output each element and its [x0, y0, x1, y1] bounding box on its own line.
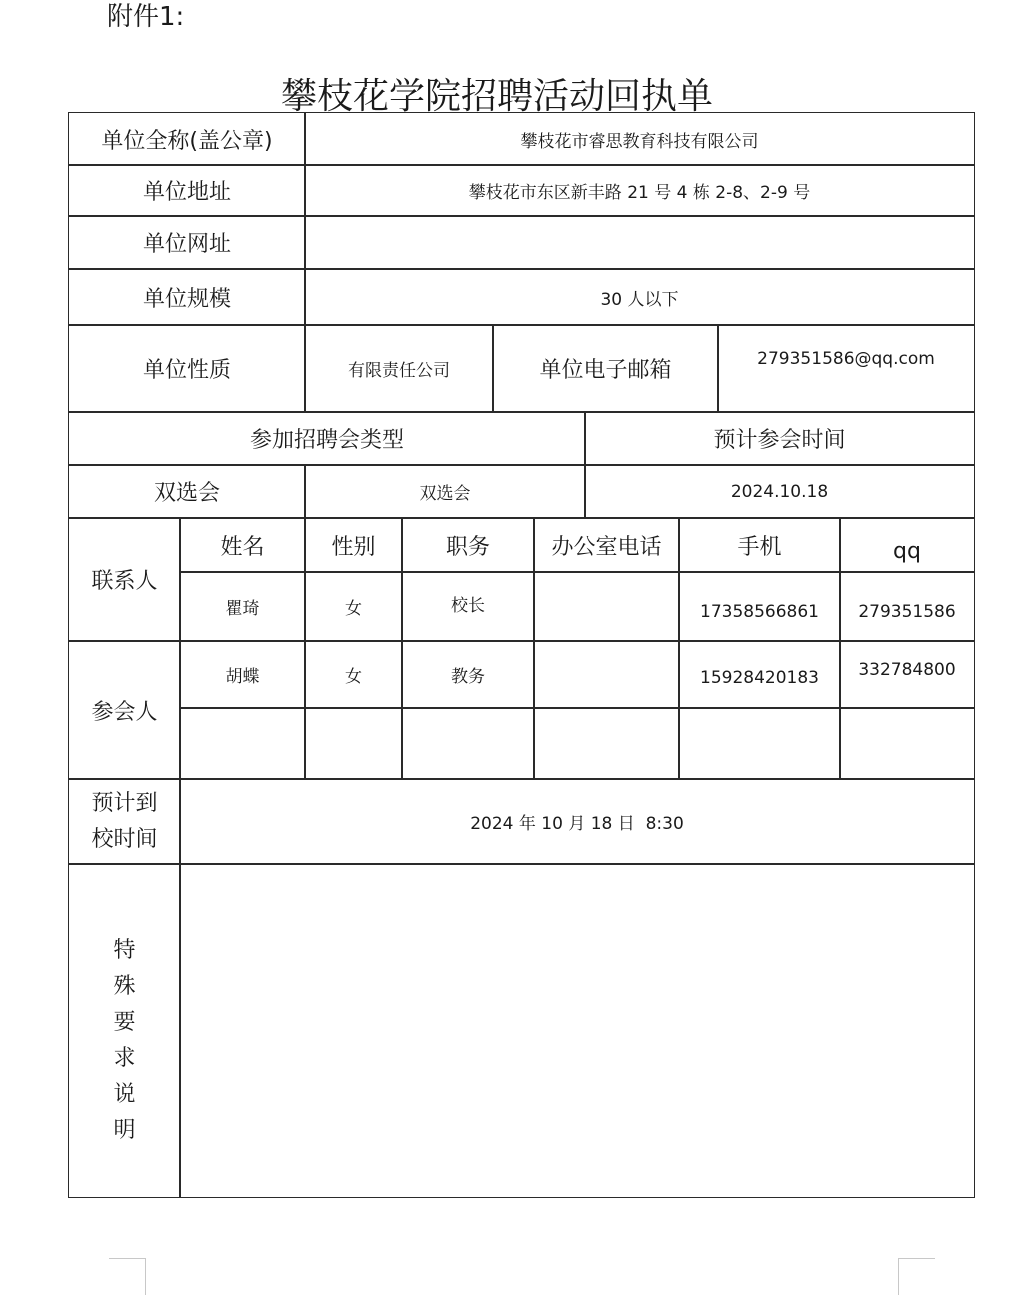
col-header-gender: 性别 [304, 517, 403, 573]
arrival-label-line2: 校时间 [91, 822, 157, 858]
full-name-value[interactable]: 攀枝花市睿思教育科技有限公司 [304, 112, 975, 166]
arrival-label-line1: 预计到 [91, 786, 157, 822]
contact-label: 联系人 [68, 517, 181, 642]
arrival-value[interactable]: 2024 年 10 月 18 日 8:30 [179, 778, 975, 865]
fair-time-header: 预计参会时间 [584, 411, 975, 466]
contact-name[interactable]: 瞿琦 [179, 571, 306, 642]
page-corner-mark-left [109, 1258, 146, 1295]
col-header-mobile: 手机 [678, 517, 841, 573]
website-value[interactable] [304, 215, 975, 270]
email-value[interactable]: 279351586@qq.com [717, 324, 975, 413]
col-header-office-phone: 办公室电话 [533, 517, 680, 573]
full-name-label: 单位全称(盖公章) [68, 112, 306, 166]
attendee-gender[interactable]: 女 [304, 640, 403, 709]
attendee-qq[interactable] [839, 707, 975, 780]
fair-type-header: 参加招聘会类型 [68, 411, 586, 466]
fair-type-value[interactable]: 双选会 [304, 464, 586, 519]
attendee-qq[interactable]: 332784800 [839, 640, 975, 709]
col-header-qq: qq [839, 517, 975, 573]
special-label-char: 殊 [113, 969, 135, 1005]
attendee-mobile[interactable]: 15928420183 [678, 640, 841, 709]
scale-value[interactable]: 30 人以下 [304, 268, 975, 326]
nature-value[interactable]: 有限责任公司 [304, 324, 494, 413]
contact-qq[interactable]: 279351586 [839, 571, 975, 642]
attendees-label: 参会人 [68, 640, 181, 780]
scale-label: 单位规模 [68, 268, 306, 326]
col-header-title: 职务 [401, 517, 535, 573]
website-label: 单位网址 [68, 215, 306, 270]
special-value[interactable] [179, 863, 975, 1198]
page-corner-mark-right [898, 1258, 935, 1295]
attendee-title[interactable]: 教务 [401, 640, 535, 709]
attachment-label: 附件1: [107, 0, 184, 33]
col-header-name: 姓名 [179, 517, 306, 573]
special-label-char: 明 [113, 1113, 135, 1149]
attendee-name[interactable]: 胡蝶 [179, 640, 306, 709]
fair-time-value[interactable]: 2024.10.18 [584, 464, 975, 519]
fair-type-label: 双选会 [68, 464, 306, 519]
contact-office-phone[interactable] [533, 571, 680, 642]
email-label: 单位电子邮箱 [492, 324, 719, 413]
special-label-char: 求 [113, 1041, 135, 1077]
special-label-char: 说 [113, 1077, 135, 1113]
special-label-char: 要 [113, 1005, 135, 1041]
special-label-char: 特 [113, 933, 135, 969]
attendee-office-phone[interactable] [533, 640, 680, 709]
arrival-label: 预计到 校时间 [68, 778, 181, 865]
attendee-name[interactable] [179, 707, 306, 780]
contact-title[interactable]: 校长 [401, 571, 535, 642]
nature-label: 单位性质 [68, 324, 306, 413]
special-label: 特 殊 要 求 说 明 [68, 863, 181, 1198]
attendee-mobile[interactable] [678, 707, 841, 780]
attendee-gender[interactable] [304, 707, 403, 780]
attendee-office-phone[interactable] [533, 707, 680, 780]
attendee-title[interactable] [401, 707, 535, 780]
address-label: 单位地址 [68, 164, 306, 217]
page-title-text: 攀枝花学院招聘活动回执单 [281, 76, 713, 117]
contact-mobile[interactable]: 17358566861 [678, 571, 841, 642]
address-value[interactable]: 攀枝花市东区新丰路 21 号 4 栋 2-8、2-9 号 [304, 164, 975, 217]
contact-gender[interactable]: 女 [304, 571, 403, 642]
